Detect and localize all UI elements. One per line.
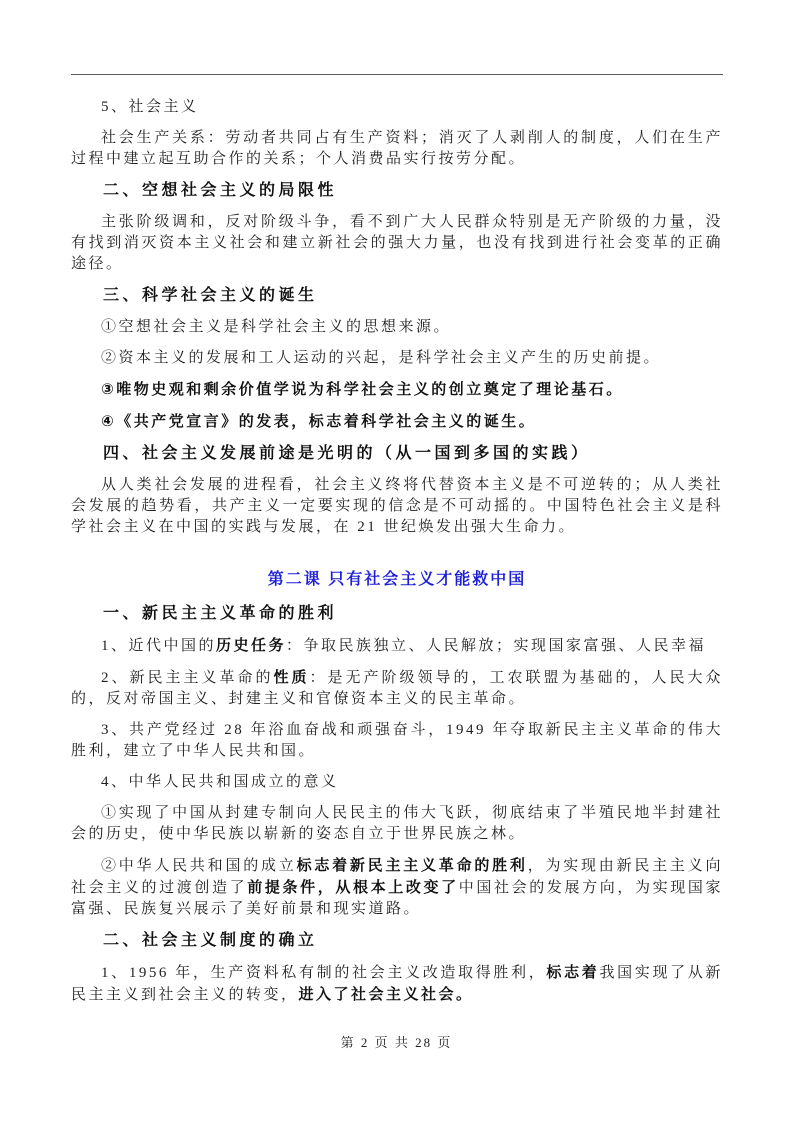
paragraph: ③唯物史观和剩余价值学说为科学社会主义的创立奠定了理论基石。 [71, 379, 723, 401]
document-page: 5、社会主义 社会生产关系：劳动者共同占有生产资料；消灭了人剥削人的制度，人们在… [0, 0, 793, 1122]
paragraph: ②中华人民共和国的成立标志着新民主主义革命的胜利，为实现由新民主主义向社会主义的… [71, 855, 723, 920]
text-run: ②中华人民共和国的成立 [101, 858, 297, 874]
page-footer: 第 2 页 共 28 页 [0, 1032, 793, 1051]
paragraph: 5、社会主义 [71, 97, 723, 118]
paragraph: 社会生产关系：劳动者共同占有生产资料；消灭了人剥削人的制度，人们在生产过程中建立… [71, 128, 723, 170]
paragraph: 4、中华人民共和国成立的意义 [71, 772, 723, 793]
paragraph: 1、近代中国的历史任务：争取民族独立、人民解放；实现国家富强、人民幸福 [71, 635, 723, 657]
paragraph: ②资本主义的发展和工人运动的兴起，是科学社会主义产生的历史前提。 [71, 348, 723, 369]
section-heading: 二、社会主义制度的确立 [71, 930, 723, 952]
paragraph: 从人类社会发展的进程看，社会主义终将代替资本主义是不可逆转的；从人类社会发展的趋… [71, 475, 723, 538]
bold-run: ③唯物史观和剩余价值学说为科学社会主义的创立奠定了理论基石。 [101, 381, 624, 398]
text-run: 2、新民主主义革命的 [101, 670, 274, 686]
bold-run: 进入了社会主义社会。 [299, 986, 474, 1003]
bold-run: 历史任务 [216, 637, 286, 654]
bold-run: ④《共产党宣言》的发表，标志着科学社会主义的诞生。 [101, 413, 536, 430]
text-run: 1、近代中国的 [101, 638, 216, 654]
bold-run: 标志着 [546, 964, 599, 981]
header-rule [71, 74, 723, 75]
bold-run: 前提条件，从根本上改变了 [247, 879, 459, 896]
paragraph: ①空想社会主义是科学社会主义的思想来源。 [71, 317, 723, 338]
paragraph: ①实现了中国从封建专制向人民民主的伟大飞跃，彻底结束了半殖民地半封建社会的历史，… [71, 803, 723, 845]
section-heading: 一、新民主主义革命的胜利 [71, 603, 723, 625]
text-run: ：争取民族独立、人民解放；实现国家富强、人民幸福 [286, 638, 706, 654]
paragraph: 3、共产党经过 28 年浴血奋战和顽强奋斗，1949 年夺取新民主主义革命的伟大… [71, 720, 723, 762]
paragraph: 主张阶级调和，反对阶级斗争，看不到广大人民群众特别是无产阶级的力量，没有找到消灭… [71, 212, 723, 275]
bold-run: 标志着新民主主义革命的胜利 [297, 857, 528, 874]
bold-run: 性质 [274, 669, 310, 686]
section-heading: 四、社会主义发展前途是光明的（从一国到多国的实践） [71, 443, 723, 465]
section-heading: 二、空想社会主义的局限性 [71, 180, 723, 202]
paragraph: 1、1956 年，生产资料私有制的社会主义改造取得胜利，标志着我国实现了从新民主… [71, 962, 723, 1006]
paragraph: 2、新民主主义革命的性质：是无产阶级领导的，工农联盟为基础的，人民大众的，反对帝… [71, 667, 723, 710]
course-title: 第二课 只有社会主义才能救中国 [71, 569, 723, 591]
text-run: 1、1956 年，生产资料私有制的社会主义改造取得胜利， [101, 965, 546, 981]
document-body: 5、社会主义 社会生产关系：劳动者共同占有生产资料；消灭了人剥削人的制度，人们在… [71, 97, 723, 1016]
section-heading: 三、科学社会主义的诞生 [71, 285, 723, 307]
paragraph: ④《共产党宣言》的发表，标志着科学社会主义的诞生。 [71, 411, 723, 433]
